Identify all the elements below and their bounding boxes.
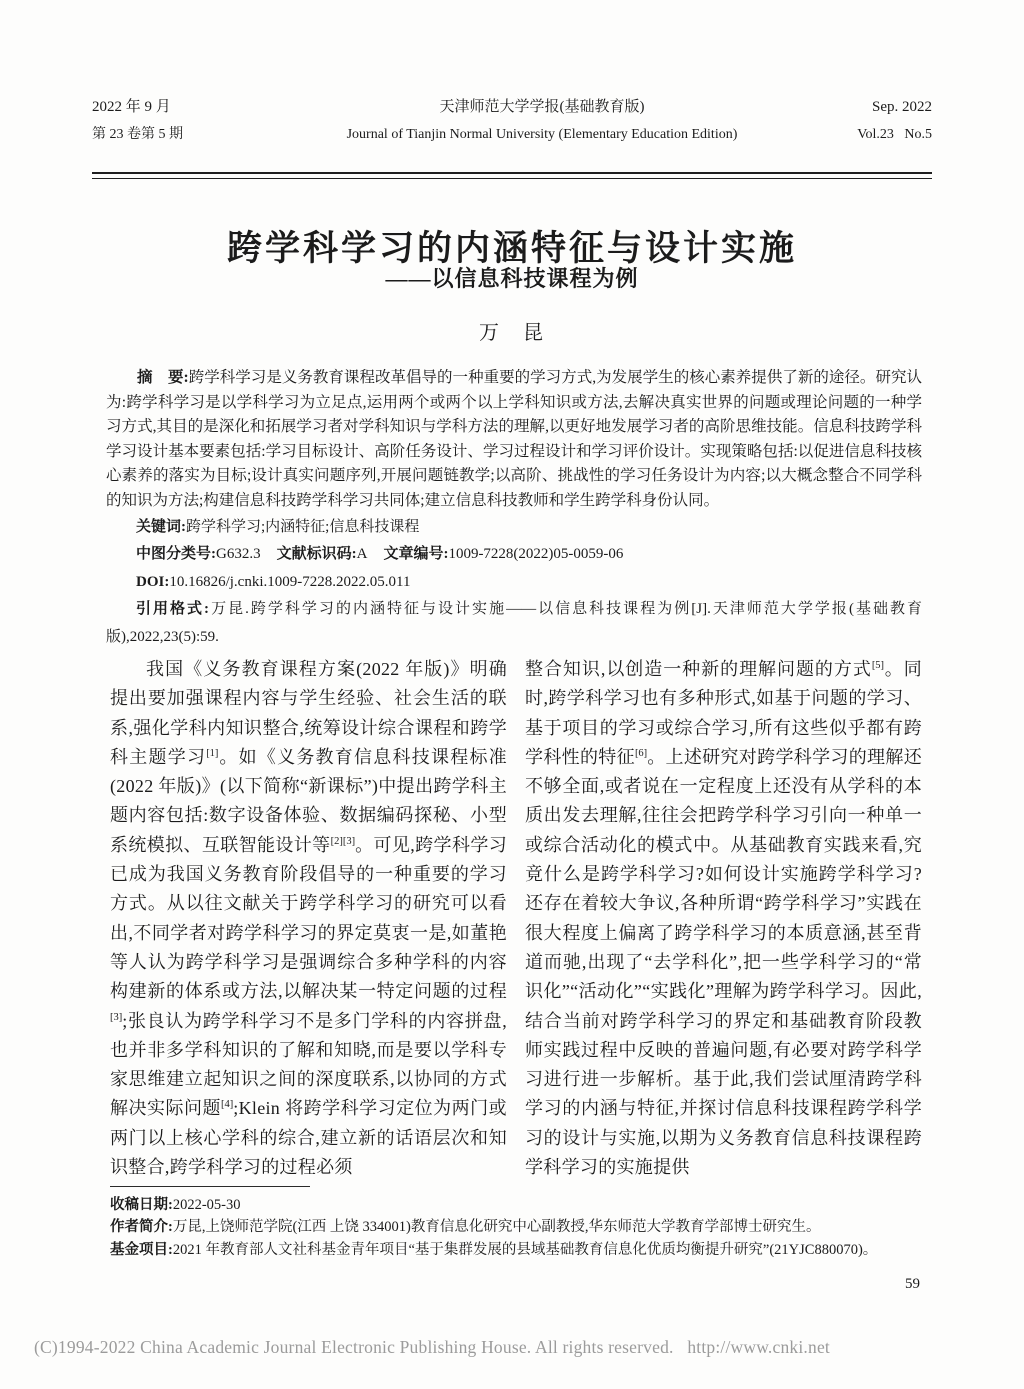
keywords-label: 关键词: <box>136 519 186 535</box>
clc-value: G632.3 <box>216 546 261 562</box>
keywords-text: 跨学科学习;内涵特征;信息科技课程 <box>186 519 419 535</box>
journal-header: 2022 年 9 月 天津师范大学学报(基础教育版) Sep. 2022 第 2… <box>92 94 932 148</box>
footnote-block: 收稿日期:2022-05-30 作者简介:万昆,上饶师范学院(江西 上饶 334… <box>110 1186 924 1261</box>
funding-label: 基金项目: <box>110 1242 173 1258</box>
doi-label: DOI: <box>136 574 169 590</box>
header-double-rule <box>92 172 932 179</box>
funding-line: 基金项目:2021 年教育部人文社科基金青年项目“基于集群发展的县域基础教育信息… <box>110 1239 924 1261</box>
journal-header-row-en: 第 23 卷第 5 期 Journal of Tianjin Normal Un… <box>92 121 932 148</box>
doc-code-value: A <box>357 546 368 562</box>
article-author: 万 昆 <box>0 316 1024 345</box>
citation-label: 引用格式: <box>136 601 209 617</box>
citation-text: 万昆.跨学科学习的内涵特征与设计实施——以信息科技课程为例[J].天津师范大学学… <box>106 601 922 645</box>
abstract-label: 摘 要: <box>137 369 189 386</box>
article-id-label: 文章编号: <box>383 546 448 562</box>
footnote-separator <box>110 1186 310 1187</box>
doi-line: DOI:10.16826/j.cnki.1009-7228.2022.05.01… <box>106 569 922 597</box>
body-column-right: 整合知识,以创造一种新的理解问题的方式[5]。同时,跨学科学习也有多种形式,如基… <box>525 655 922 1187</box>
received-date-value: 2022-05-30 <box>173 1197 241 1213</box>
journal-header-row-cn: 2022 年 9 月 天津师范大学学报(基础教育版) Sep. 2022 <box>92 94 932 121</box>
keywords-line: 关键词:跨学科学习;内涵特征;信息科技课程 <box>106 514 922 542</box>
abstract-paragraph: 摘 要:跨学科学习是义务教育课程改革倡导的一种重要的学习方式,为发展学生的核心素… <box>106 366 922 514</box>
author-bio-line: 作者简介:万昆,上饶师范学院(江西 上饶 334001)教育信息化研究中心副教授… <box>110 1216 924 1238</box>
journal-issue-cn: 第 23 卷第 5 期 <box>92 121 282 148</box>
article-id-value: 1009-7228(2022)05-0059-06 <box>448 546 623 562</box>
article-body: 我国《义务教育课程方案(2022 年版)》明确提出要加强课程内容与学生经验、社会… <box>110 655 922 1187</box>
journal-issue-en: Vol.23 No.5 <box>802 121 932 148</box>
author-bio-text: 万昆,上饶师范学院(江西 上饶 334001)教育信息化研究中心副教授,华东师范… <box>173 1219 821 1235</box>
front-matter: 摘 要:跨学科学习是义务教育课程改革倡导的一种重要的学习方式,为发展学生的核心素… <box>106 366 922 651</box>
received-date-label: 收稿日期: <box>110 1197 173 1213</box>
abstract-text: 跨学科学习是义务教育课程改革倡导的一种重要的学习方式,为发展学生的核心素养提供了… <box>106 369 922 509</box>
journal-date-cn: 2022 年 9 月 <box>92 94 282 121</box>
funding-text: 2021 年教育部人文社科基金青年项目“基于集群发展的县域基础教育信息化优质均衡… <box>173 1242 877 1258</box>
journal-date-en: Sep. 2022 <box>802 94 932 121</box>
doi-value: 10.16826/j.cnki.1009-7228.2022.05.011 <box>169 574 410 590</box>
cnki-url: http://www.cnki.net <box>687 1337 830 1357</box>
received-date-line: 收稿日期:2022-05-30 <box>110 1194 924 1216</box>
classification-line: 中图分类号:G632.3文献标识码:A文章编号:1009-7228(2022)0… <box>106 541 922 569</box>
copyright-line: (C)1994-2022 China Academic Journal Elec… <box>34 1337 994 1358</box>
citation-line: 引用格式:万昆.跨学科学习的内涵特征与设计实施——以信息科技课程为例[J].天津… <box>106 596 922 651</box>
journal-name-cn: 天津师范大学学报(基础教育版) <box>282 94 802 121</box>
clc-label: 中图分类号: <box>136 546 216 562</box>
copyright-text: (C)1994-2022 China Academic Journal Elec… <box>34 1337 674 1357</box>
journal-name-en: Journal of Tianjin Normal University (El… <box>282 121 802 148</box>
page-number: 59 <box>905 1276 920 1293</box>
author-bio-label: 作者简介: <box>110 1219 173 1235</box>
body-column-left: 我国《义务教育课程方案(2022 年版)》明确提出要加强课程内容与学生经验、社会… <box>110 655 507 1187</box>
doc-code-label: 文献标识码: <box>277 546 357 562</box>
article-subtitle: ——以信息科技课程为例 <box>0 262 1024 293</box>
journal-page: 2022 年 9 月 天津师范大学学报(基础教育版) Sep. 2022 第 2… <box>0 0 1024 1389</box>
